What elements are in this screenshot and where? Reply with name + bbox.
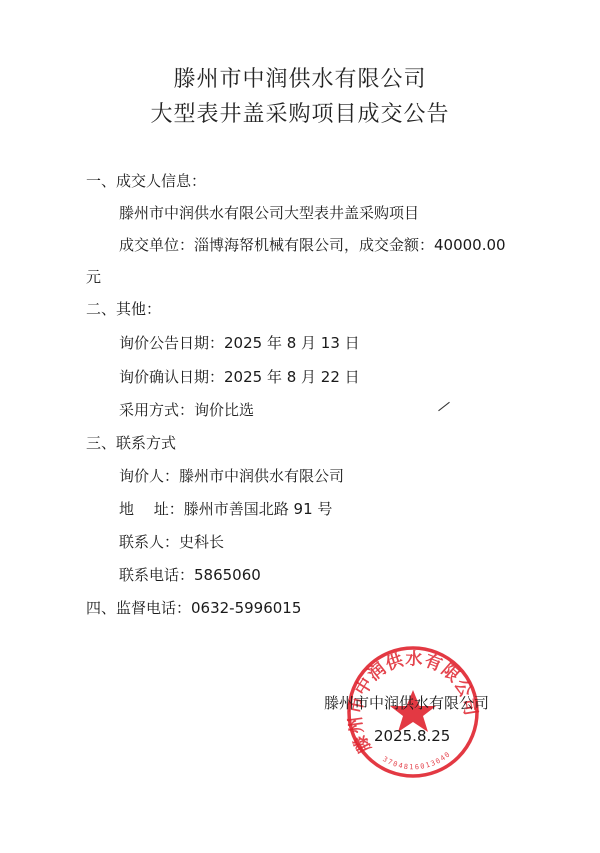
signature-company: 滕州市中润供水有限公司 xyxy=(324,692,489,713)
procurement-method: 采用方式：询价比选 xyxy=(119,399,254,420)
section-3-heading: 三、联系方式 xyxy=(86,432,176,453)
section-4-supervision-phone: 四、监督电话：0632-5996015 xyxy=(86,597,301,618)
contact-phone: 联系电话：5865060 xyxy=(119,564,261,585)
contact-person: 联系人：史科长 xyxy=(119,531,224,552)
winning-bidder-amount: 成交单位：淄博海帑机械有限公司，成交金额：40000.00 xyxy=(119,234,506,255)
inquiry-confirm-date: 询价确认日期：2025 年 8 月 22 日 xyxy=(119,366,360,387)
scan-mark xyxy=(438,402,450,411)
project-name: 滕州市中润供水有限公司大型表井盖采购项目 xyxy=(119,202,419,223)
address: 地 址：滕州市善国北路 91 号 xyxy=(119,498,332,519)
section-1-heading: 一、成交人信息： xyxy=(86,170,206,191)
amount-unit: 元 xyxy=(86,266,101,287)
inquiry-notice-date: 询价公告日期：2025 年 8 月 13 日 xyxy=(119,332,360,353)
title-company: 滕州市中润供水有限公司 xyxy=(0,62,600,93)
title-announcement: 大型表井盖采购项目成交公告 xyxy=(0,97,600,128)
inquirer: 询价人：滕州市中润供水有限公司 xyxy=(119,465,344,486)
signature-date: 2025.8.25 xyxy=(374,727,450,745)
section-2-heading: 二、其他： xyxy=(86,298,161,319)
announcement-page: 滕州市中润供水有限公司 大型表井盖采购项目成交公告 一、成交人信息： 滕州市中润… xyxy=(0,0,600,853)
